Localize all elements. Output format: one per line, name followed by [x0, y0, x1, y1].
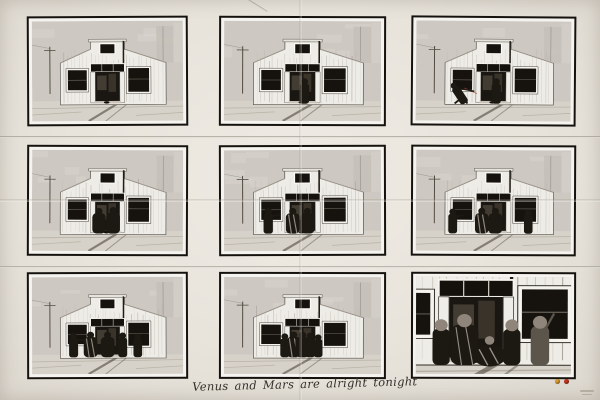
storefront-photo	[32, 277, 183, 375]
venus-and-mars-poster: Venus and Mars are alright tonight .	[0, 0, 600, 400]
horizontal-fold-crease-bottom	[0, 266, 600, 268]
mars-dot-icon	[564, 379, 569, 384]
storefront-photo	[32, 21, 184, 122]
storefront-photo	[224, 21, 381, 121]
photo-frame-2	[219, 16, 386, 126]
venus-dot-icon	[555, 379, 560, 384]
photo-frame-4	[27, 145, 188, 257]
storefront-photo	[224, 277, 381, 374]
handwritten-caption: Venus and Mars are alright tonight .	[190, 374, 421, 400]
photo-frame-1	[27, 16, 189, 127]
storefront-photo	[416, 20, 572, 121]
photo-frame-9	[411, 272, 576, 379]
diagonal-paper-crease	[238, 0, 267, 12]
photo-frame-6	[411, 145, 576, 257]
photo-frame-8	[219, 272, 386, 379]
horizontal-fold-crease-top	[0, 136, 600, 138]
venus-mars-logo	[555, 379, 569, 384]
storefront-photo	[32, 150, 183, 252]
storefront-photo	[416, 150, 571, 252]
fine-print	[580, 390, 594, 395]
photo-frame-3	[411, 15, 577, 126]
photo-frame-7	[27, 272, 188, 380]
storefront-photo	[416, 277, 571, 374]
photo-frame-5	[219, 145, 386, 256]
storefront-photo	[224, 150, 381, 251]
